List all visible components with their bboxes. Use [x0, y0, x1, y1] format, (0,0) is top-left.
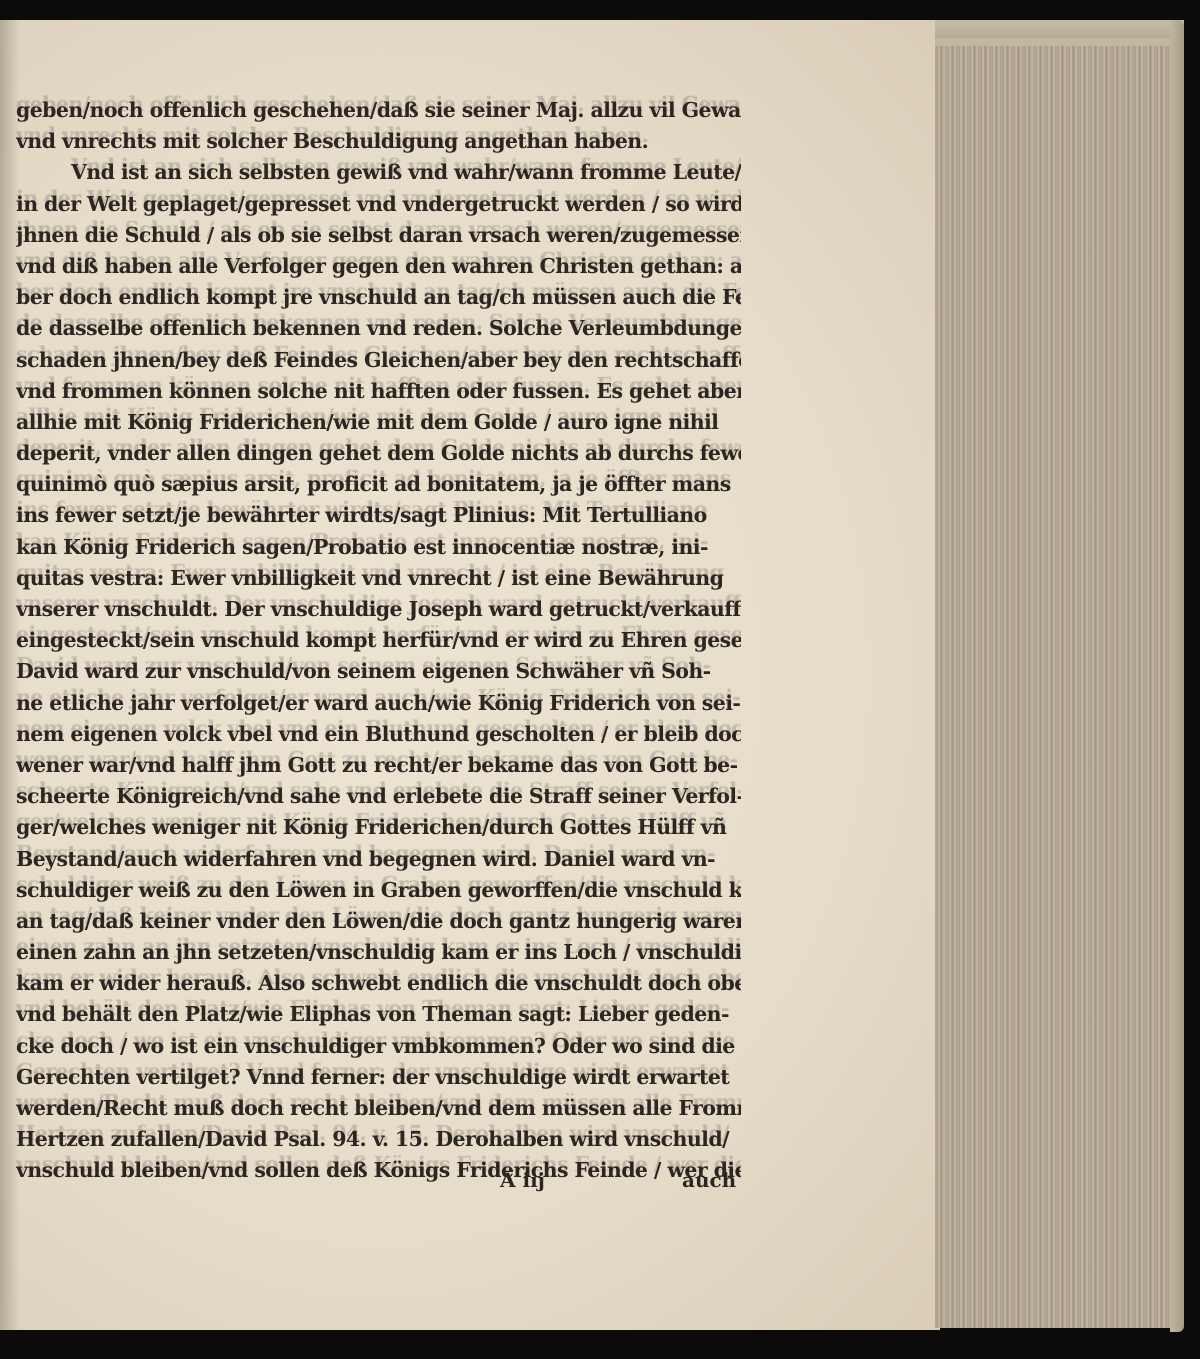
text-line: wener war/vnd halff jhm Gott zu recht/er…	[16, 750, 741, 781]
text-line: schaden jhnen/bey deß Feindes Gleichen/a…	[16, 345, 741, 376]
text-line: ger/welches weniger nit König Frideriche…	[16, 812, 741, 843]
text-line: schuldiger weiß zu den Löwen in Graben g…	[16, 875, 741, 906]
text-line: vnd behält den Platz/wie Eliphas von The…	[16, 999, 741, 1030]
catchword: auch	[682, 1168, 736, 1192]
text-line: an tag/daß keiner vnder den Löwen/die do…	[16, 906, 741, 937]
text-line: vnd frommen können solche nit hafften od…	[16, 376, 741, 407]
book-scan: geben/noch offenlich geschehen/daß sie s…	[0, 0, 1200, 1359]
text-line: jhnen die Schuld / als ob sie selbst dar…	[16, 220, 741, 251]
cover-top-edge	[935, 20, 1184, 38]
text-line: in der Welt geplaget/gepresset vnd vnder…	[16, 189, 741, 220]
text-line: vnd vnrechts mit solcher Beschuldigung a…	[16, 126, 741, 157]
text-line: quitas vestra: Ewer vnbilligkeit vnd vnr…	[16, 563, 741, 594]
text-line: Vnd ist an sich selbsten gewiß vnd wahr/…	[16, 157, 741, 188]
text-line: eingesteckt/sein vnschuld kompt herfür/v…	[16, 625, 741, 656]
text-line: werden/Recht muß doch recht bleiben/vnd …	[16, 1093, 741, 1124]
text-line: scheerte Königreich/vnd sahe vnd erlebet…	[16, 781, 741, 812]
page-footer: A iij auch	[0, 1168, 740, 1202]
text-line: nem eigenen volck vbel vnd ein Bluthund …	[16, 719, 741, 750]
text-line: kam er wider herauß. Also schwebt endlic…	[16, 968, 741, 999]
text-line: Gerechten vertilget? Vnnd ferner: der vn…	[16, 1062, 741, 1093]
text-line: allhie mit König Friderichen/wie mit dem…	[16, 407, 741, 438]
text-line: deperit, vnder allen dingen gehet dem Go…	[16, 438, 741, 469]
text-line: Hertzen zufallen/David Psal. 94. v. 15. …	[16, 1124, 741, 1155]
text-line: ne etliche jahr verfolget/er ward auch/w…	[16, 688, 741, 719]
text-line: geben/noch offenlich geschehen/daß sie s…	[16, 95, 741, 126]
text-line: quinimò quò sæpius arsit, proficit ad bo…	[16, 469, 741, 500]
text-line: cke doch / wo ist ein vnschuldiger vmbko…	[16, 1031, 741, 1062]
page-edges-stack	[935, 38, 1180, 1328]
text-line: David ward zur vnschuld/von seinem eigen…	[16, 656, 741, 687]
text-line: einen zahn an jhn setzeten/vnschuldig ka…	[16, 937, 741, 968]
text-line: ins fewer setzt/je bewährter wirdts/sagt…	[16, 500, 741, 531]
text-line: ber doch endlich kompt jre vnschuld an t…	[16, 282, 741, 313]
text-line: de dasselbe offenlich bekennen vnd reden…	[16, 313, 741, 344]
text-block: geben/noch offenlich geschehen/daß sie s…	[16, 95, 741, 1187]
vellum-cover-edge	[1170, 20, 1184, 1332]
text-line: kan König Friderich sagen/Probatio est i…	[16, 532, 741, 563]
text-line: vnserer vnschuldt. Der vnschuldige Josep…	[16, 594, 741, 625]
text-line: vnd diß haben alle Verfolger gegen den w…	[16, 251, 741, 282]
text-line: Beystand/auch widerfahren vnd begegnen w…	[16, 844, 741, 875]
signature-mark: A iij	[500, 1168, 545, 1192]
